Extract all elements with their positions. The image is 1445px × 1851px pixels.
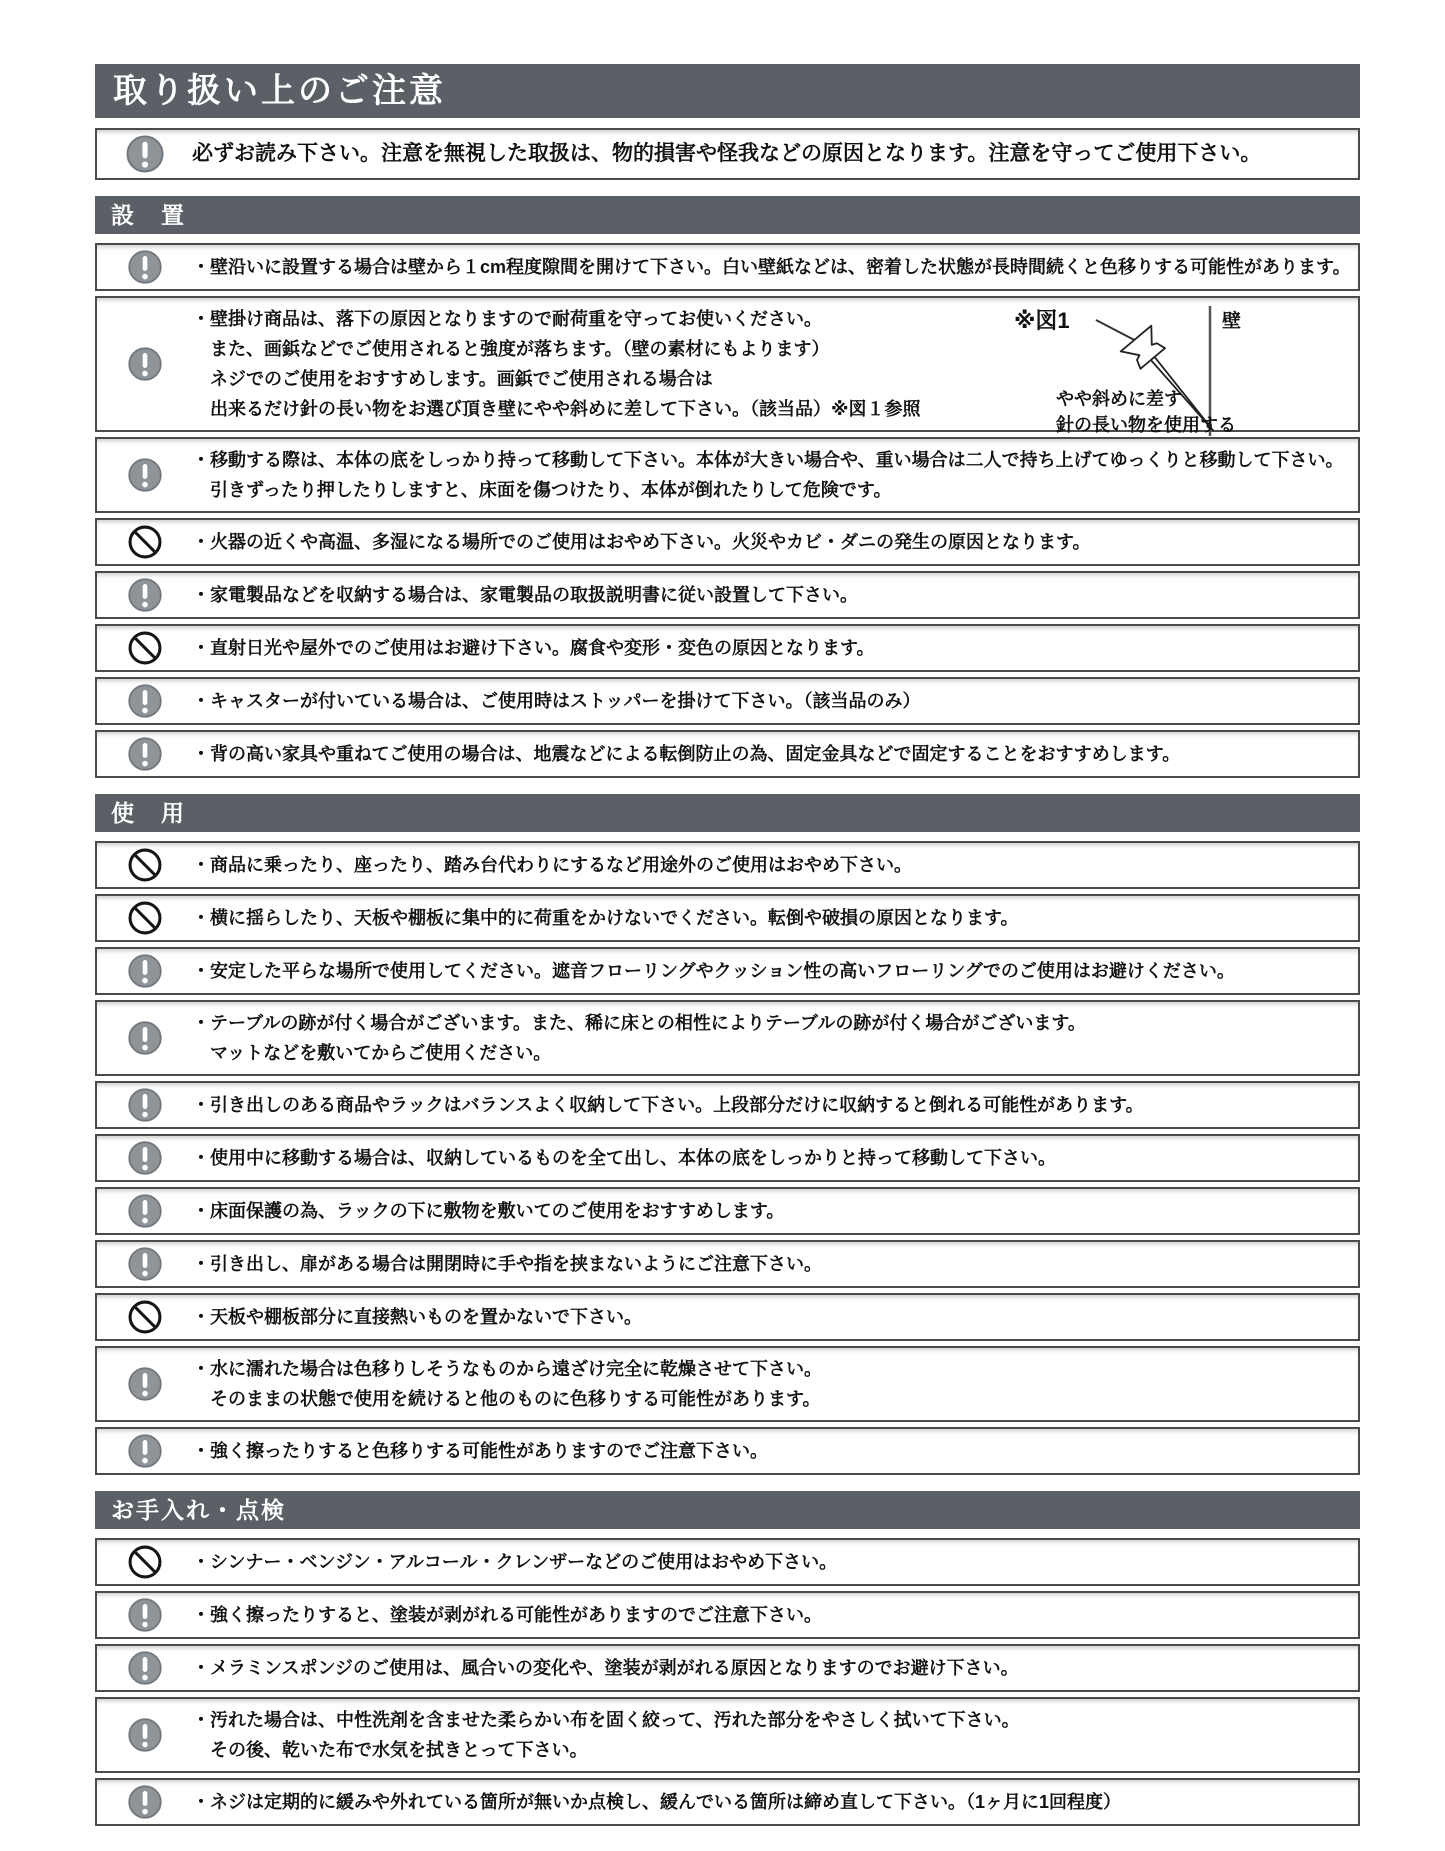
caution-icon: [97, 1597, 192, 1633]
caution-icon: [97, 1087, 192, 1123]
item-line: ・床面保護の為、ラックの下に敷物を敷いてのご使用をおすすめします。: [192, 1196, 1354, 1226]
caution-row: ・安定した平らな場所で使用してください。遮音フローリングやクッション性の高いフロ…: [95, 947, 1360, 995]
prohibition-icon: [97, 847, 192, 883]
figure-note-line2: 針の長い物を使用する: [1056, 412, 1236, 438]
caution-row: ・使用中に移動する場合は、収納しているものを全て出し、本体の底をしっかりと持って…: [95, 1134, 1360, 1182]
caution-row: ・テーブルの跡が付く場合がございます。また、稀に床との相性によりテーブルの跡が付…: [95, 1000, 1360, 1076]
caution-row: ・強く擦ったりすると色移りする可能性がありますのでご注意下さい。: [95, 1427, 1360, 1475]
item-line: ・汚れた場合は、中性洗剤を含ませた柔らかい布を固く絞って、汚れた部分をやさしく拭…: [192, 1705, 1354, 1735]
intro-note-row: 必ずお読み下さい。注意を無視した取扱は、物的損害や怪我などの原因となります。注意…: [95, 128, 1360, 180]
item-line: その後、乾いた布で水気を拭きとって下さい。: [192, 1735, 1354, 1765]
item-line: ・キャスターが付いている場合は、ご使用時はストッパーを掛けて下さい。（該当品のみ…: [192, 686, 1354, 716]
prohibition-icon: [97, 1544, 192, 1580]
caution-icon: [97, 249, 192, 285]
item-line: ・火器の近くや高温、多湿になる場所でのご使用はおやめ下さい。火災やカビ・ダニの発…: [192, 527, 1354, 557]
caution-row: ・ネジは定期的に緩みや外れている箇所が無いか点検し、緩んでいる箇所は締め直して下…: [95, 1778, 1360, 1826]
caution-row: ・水に濡れた場合は色移りしそうなものから遠ざけ完全に乾燥させて下さい。 そのまま…: [95, 1346, 1360, 1422]
item-line: 引きずったり押したりしますと、床面を傷つけたり、本体が倒れたりして危険です。: [192, 475, 1354, 505]
page-header: 取り扱い上のご注意: [95, 64, 1360, 118]
caution-icon: [97, 1717, 192, 1753]
wall-label: 壁: [1222, 306, 1241, 333]
prohibition-icon: [97, 900, 192, 936]
caution-icon: [97, 1020, 192, 1056]
caution-row: ・床面保護の為、ラックの下に敷物を敷いてのご使用をおすすめします。: [95, 1187, 1360, 1235]
item-line: ・シンナー・ベンジン・アルコール・クレンザーなどのご使用はおやめ下さい。: [192, 1547, 1354, 1577]
caution-row: ・キャスターが付いている場合は、ご使用時はストッパーを掛けて下さい。（該当品のみ…: [95, 677, 1360, 725]
item-line: ・引き出し、扉がある場合は開閉時に手や指を挟まないようにご注意下さい。: [192, 1249, 1354, 1279]
figure-label: ※図1: [1014, 304, 1070, 335]
caution-icon: [97, 736, 192, 772]
section-title: 使 用: [111, 800, 186, 826]
section-bar-usage: 使 用: [95, 794, 1360, 832]
item-line: ・商品に乗ったり、座ったり、踏み台代わりにするなど用途外のご使用はおやめ下さい。: [192, 850, 1354, 880]
item-line: ・移動する際は、本体の底をしっかり持って移動して下さい。本体が大きい場合や、重い…: [192, 445, 1354, 475]
caution-icon: [97, 1433, 192, 1469]
item-line: ・引き出しのある商品やラックはバランスよく収納して下さい。上段部分だけに収納する…: [192, 1090, 1354, 1120]
item-line: ・テーブルの跡が付く場合がございます。また、稀に床との相性によりテーブルの跡が付…: [192, 1008, 1354, 1038]
caution-icon: [97, 577, 192, 613]
caution-row: ・引き出しのある商品やラックはバランスよく収納して下さい。上段部分だけに収納する…: [95, 1081, 1360, 1129]
figure-notes: やや斜めに差す 針の長い物を使用する: [1056, 386, 1236, 438]
caution-icon: [97, 953, 192, 989]
item-line: ・家電製品などを収納する場合は、家電製品の取扱説明書に従い設置して下さい。: [192, 580, 1354, 610]
item-line: ・背の高い家具や重ねてご使用の場合は、地震などによる転倒防止の為、固定金具などで…: [192, 739, 1354, 769]
section-title: お手入れ・点検: [111, 1497, 286, 1523]
prohibition-row: ・商品に乗ったり、座ったり、踏み台代わりにするなど用途外のご使用はおやめ下さい。: [95, 841, 1360, 889]
page-title: 取り扱い上のご注意: [113, 72, 446, 110]
caution-row: ・強く擦ったりすると、塗装が剥がれる可能性がありますのでご注意下さい。: [95, 1591, 1360, 1639]
item-line: ・安定した平らな場所で使用してください。遮音フローリングやクッション性の高いフロ…: [192, 956, 1354, 986]
prohibition-row: ・火器の近くや高温、多湿になる場所でのご使用はおやめ下さい。火災やカビ・ダニの発…: [95, 518, 1360, 566]
caution-icon: [97, 1140, 192, 1176]
section-bar-installation: 設 置: [95, 196, 1360, 234]
intro-note-text: 必ずお読み下さい。注意を無視した取扱は、物的損害や怪我などの原因となります。注意…: [192, 139, 1354, 169]
item-line: ・直射日光や屋外でのご使用はお避け下さい。腐食や変形・変色の原因となります。: [192, 633, 1354, 663]
intro-note-text-cell: 必ずお読み下さい。注意を無視した取扱は、物的損害や怪我などの原因となります。注意…: [192, 137, 1358, 171]
caution-row: ・汚れた場合は、中性洗剤を含ませた柔らかい布を固く絞って、汚れた部分をやさしく拭…: [95, 1697, 1360, 1773]
caution-icon: [97, 683, 192, 719]
prohibition-row: ・シンナー・ベンジン・アルコール・クレンザーなどのご使用はおやめ下さい。: [95, 1538, 1360, 1586]
figure-1-pushpin-diagram: ※図1 壁 やや斜めに差す 針の長い物を使用する: [1004, 302, 1356, 440]
item-line: ・メラミンスポンジのご使用は、風合いの変化や、塗装が剥がれる原因となりますのでお…: [192, 1653, 1354, 1683]
caution-icon: [97, 457, 192, 493]
caution-icon: [97, 1784, 192, 1820]
item-line: ・壁沿いに設置する場合は壁から１cm程度隙間を開けて下さい。白い壁紙などは、密着…: [192, 252, 1354, 282]
caution-icon: [97, 346, 192, 382]
section-title: 設 置: [111, 202, 186, 228]
item-line: ・強く擦ったりすると、塗装が剥がれる可能性がありますのでご注意下さい。: [192, 1600, 1354, 1630]
handling-precautions-document: 取り扱い上のご注意 必ずお読み下さい。注意を無視した取扱は、物的損害や怪我などの…: [0, 0, 1445, 1851]
item-line: ・使用中に移動する場合は、収納しているものを全て出し、本体の底をしっかりと持って…: [192, 1143, 1354, 1173]
prohibition-icon: [97, 630, 192, 666]
item-line: マットなどを敷いてからご使用ください。: [192, 1038, 1354, 1068]
prohibition-icon: [97, 524, 192, 560]
prohibition-row: ・直射日光や屋外でのご使用はお避け下さい。腐食や変形・変色の原因となります。: [95, 624, 1360, 672]
section-bar-maintenance: お手入れ・点検: [95, 1491, 1360, 1529]
caution-row: ・引き出し、扉がある場合は開閉時に手や指を挟まないようにご注意下さい。: [95, 1240, 1360, 1288]
figure-note-line1: やや斜めに差す: [1056, 386, 1236, 412]
caution-icon: [97, 1193, 192, 1229]
caution-row: ・メラミンスポンジのご使用は、風合いの変化や、塗装が剥がれる原因となりますのでお…: [95, 1644, 1360, 1692]
item-line: ・天板や棚板部分に直接熱いものを置かないで下さい。: [192, 1302, 1354, 1332]
prohibition-icon: [97, 1299, 192, 1335]
caution-icon: [97, 1246, 192, 1282]
caution-row-wall-mount: ・壁掛け商品は、落下の原因となりますので耐荷重を守ってお使いください。 また、画…: [95, 296, 1360, 432]
caution-row: ・家電製品などを収納する場合は、家電製品の取扱説明書に従い設置して下さい。: [95, 571, 1360, 619]
item-line: ・横に揺らしたり、天板や棚板に集中的に荷重をかけないでください。転倒や破損の原因…: [192, 903, 1354, 933]
caution-row: ・移動する際は、本体の底をしっかり持って移動して下さい。本体が大きい場合や、重い…: [95, 437, 1360, 513]
prohibition-row: ・天板や棚板部分に直接熱いものを置かないで下さい。: [95, 1293, 1360, 1341]
item-line: ・強く擦ったりすると色移りする可能性がありますのでご注意下さい。: [192, 1436, 1354, 1466]
caution-icon: [97, 1650, 192, 1686]
prohibition-row: ・横に揺らしたり、天板や棚板に集中的に荷重をかけないでください。転倒や破損の原因…: [95, 894, 1360, 942]
item-line: そのままの状態で使用を続けると他のものに色移りする可能性があります。: [192, 1384, 1354, 1414]
caution-icon: [97, 1366, 192, 1402]
item-line: ・ネジは定期的に緩みや外れている箇所が無いか点検し、緩んでいる箇所は締め直して下…: [192, 1787, 1354, 1817]
caution-icon: [97, 134, 192, 174]
caution-row: ・壁沿いに設置する場合は壁から１cm程度隙間を開けて下さい。白い壁紙などは、密着…: [95, 243, 1360, 291]
item-line: ・水に濡れた場合は色移りしそうなものから遠ざけ完全に乾燥させて下さい。: [192, 1354, 1354, 1384]
caution-row: ・背の高い家具や重ねてご使用の場合は、地震などによる転倒防止の為、固定金具などで…: [95, 730, 1360, 778]
